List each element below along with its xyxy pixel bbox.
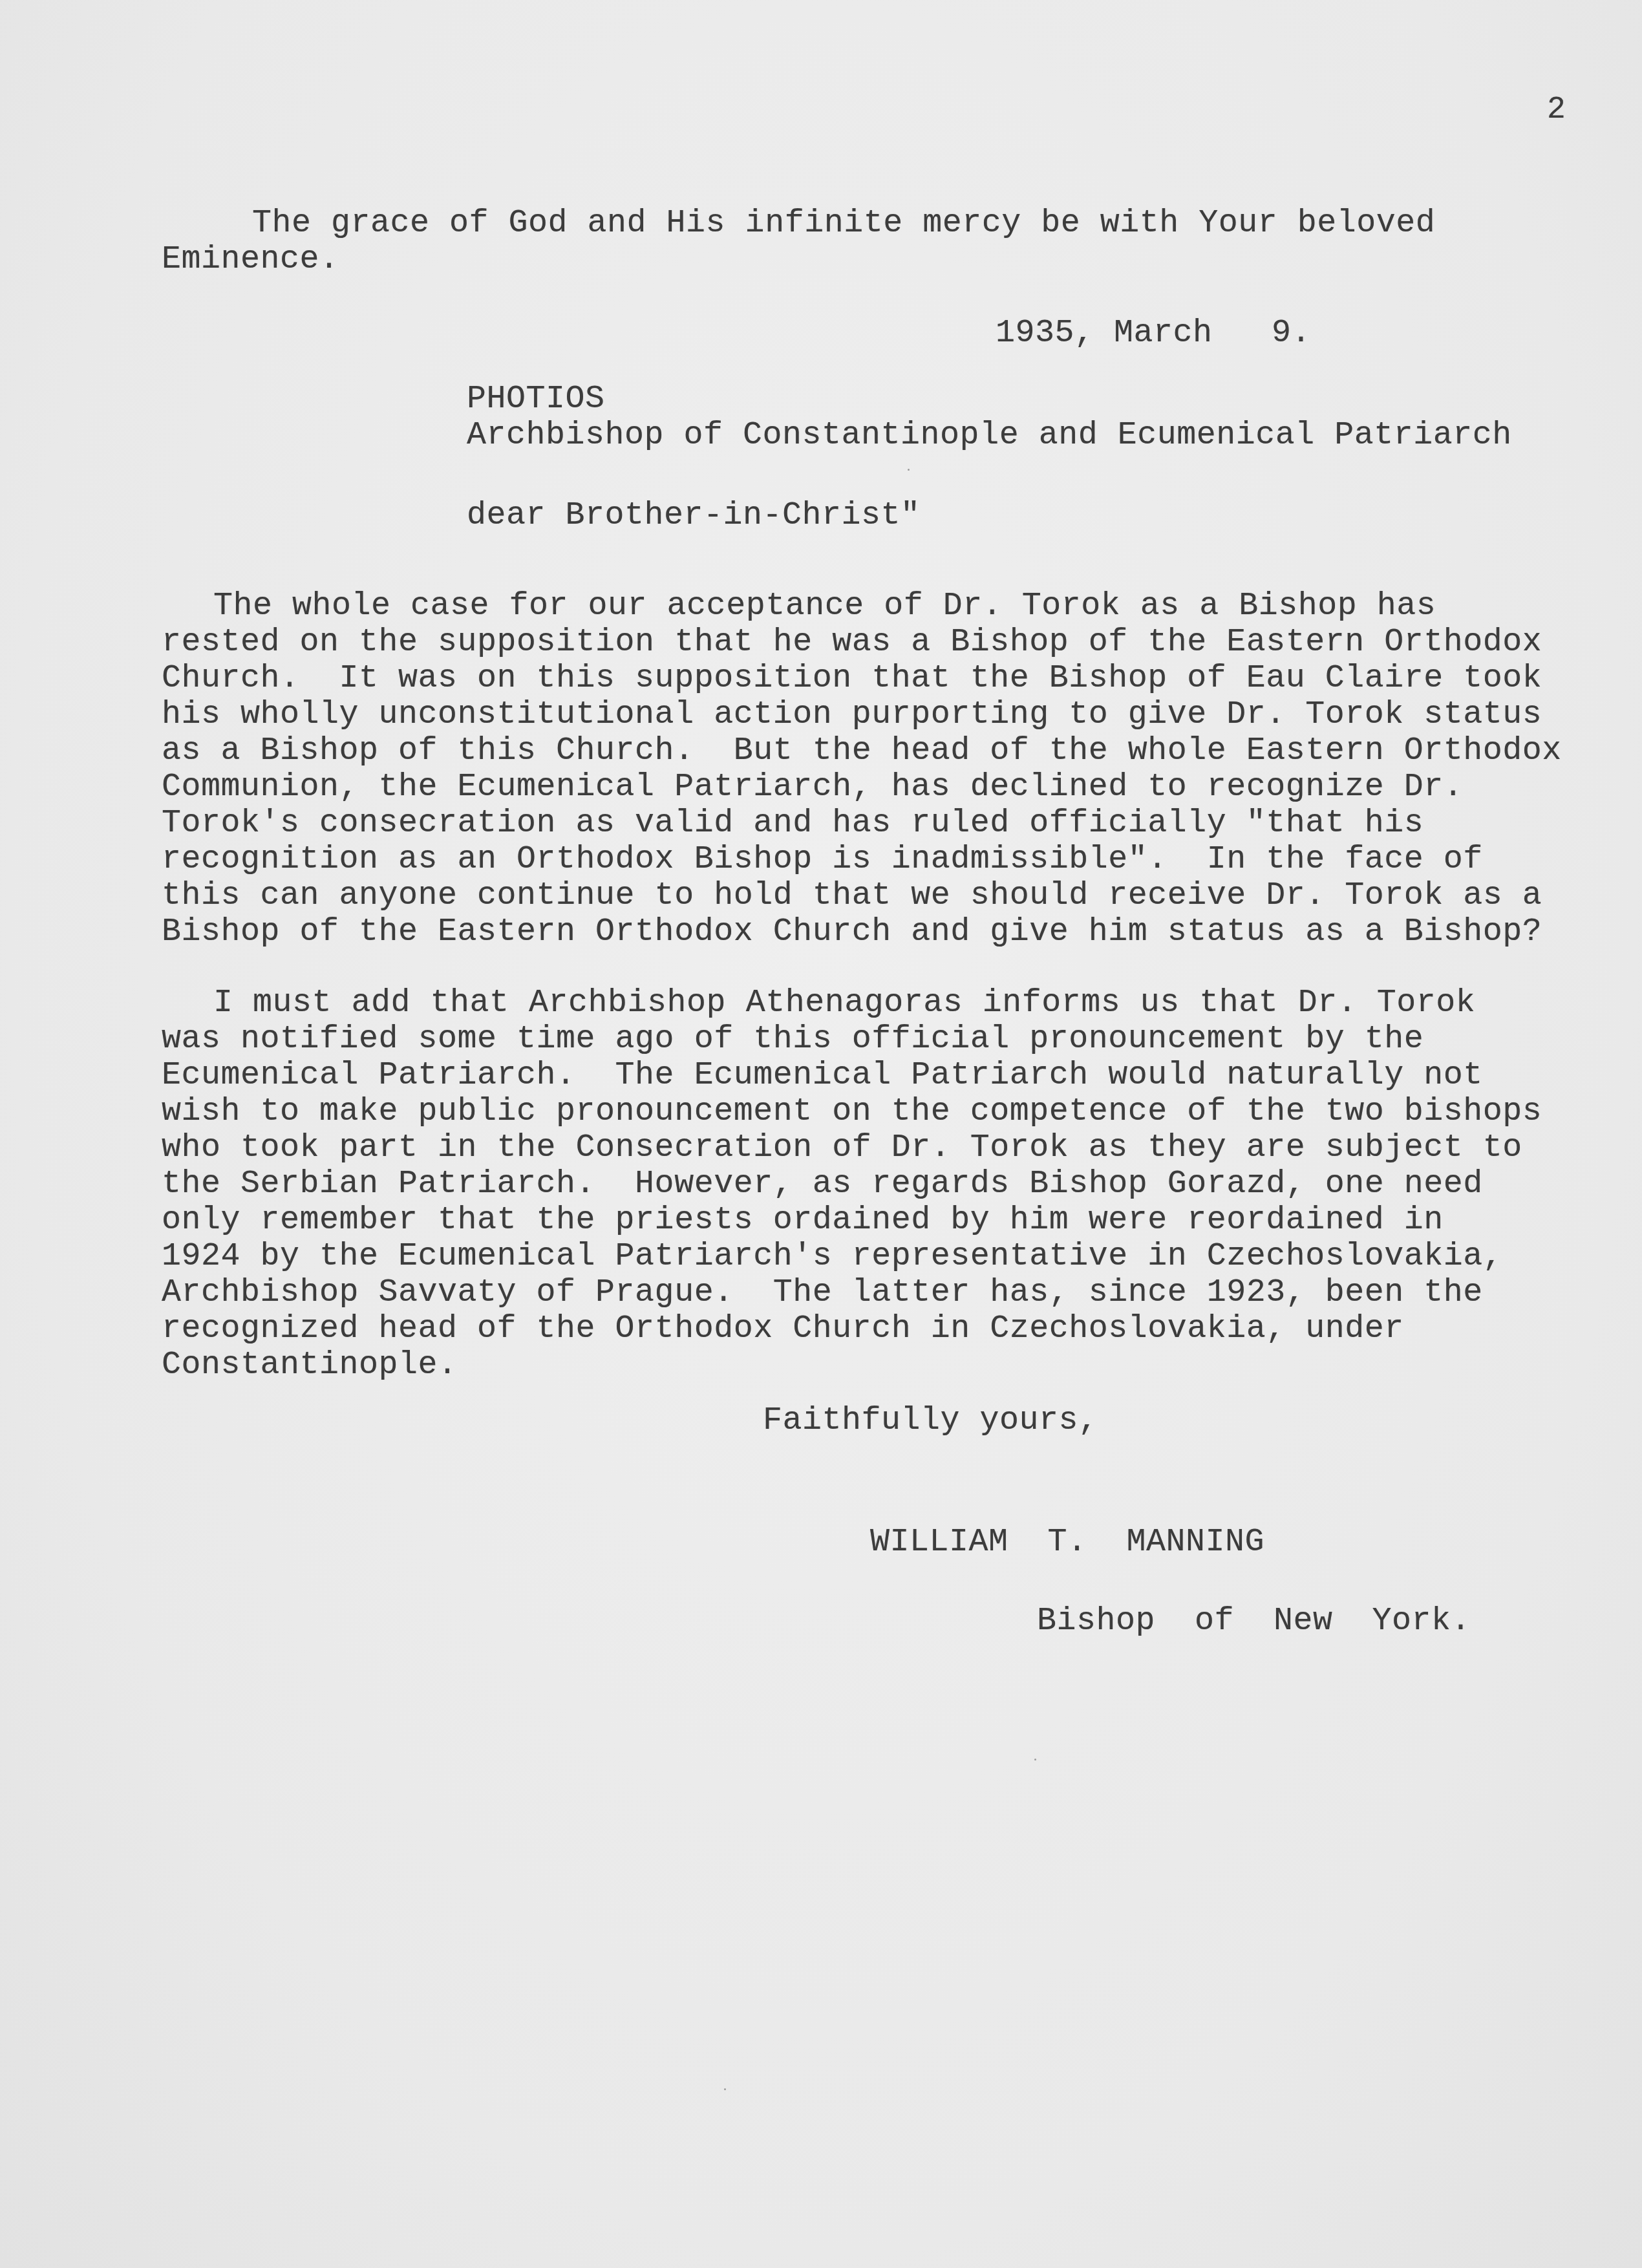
paragraph-line: Church. It was on this supposition that … [162, 661, 1542, 697]
paragraph-line: recognition as an Orthodox Bishop is ina… [162, 842, 1483, 878]
patriarch-salutation: dear Brother-in-Christ" [467, 498, 921, 534]
paragraph-line: Communion, the Ecumenical Patriarch, has… [162, 769, 1463, 806]
page-number: 2 [1547, 92, 1566, 128]
paragraph-line: rested on the supposition that he was a … [162, 625, 1542, 661]
paragraph-line: Archbishop Savvaty of Prague. The latter… [162, 1275, 1483, 1311]
patriarch-title: Archbishop of Constantinople and Ecumeni… [467, 418, 1512, 454]
paragraph-line: The whole case for our acceptance of Dr.… [213, 588, 1436, 625]
paper-speck [1034, 1759, 1036, 1760]
paragraph-line: only remember that the priests ordained … [162, 1203, 1444, 1239]
patriarch-name: PHOTIOS [467, 381, 605, 418]
paragraph-line: Torok's consecration as valid and has ru… [162, 806, 1423, 842]
paper-speck [908, 469, 910, 471]
blessing-line-2: Eminence. [162, 242, 339, 278]
paragraph-line: 1924 by the Ecumenical Patriarch's repre… [162, 1239, 1502, 1275]
paper-speck [724, 2088, 726, 2090]
paragraph-line: this can anyone continue to hold that we… [162, 878, 1542, 914]
letter-date: 1935, March 9. [996, 316, 1311, 352]
paragraph-line: I must add that Archbishop Athenagoras i… [213, 985, 1475, 1022]
document-page: 2 The grace of God and His infinite merc… [0, 0, 1642, 2268]
paragraph-line: as a Bishop of this Church. But the head… [162, 733, 1562, 769]
blessing-line-1: The grace of God and His infinite mercy … [252, 206, 1435, 242]
closing-phrase: Faithfully yours, [763, 1403, 1098, 1439]
paragraph-line: Bishop of the Eastern Orthodox Church an… [162, 914, 1542, 950]
paragraph-line: who took part in the Consecration of Dr.… [162, 1130, 1522, 1166]
paragraph-line: wish to make public pronouncement on the… [162, 1094, 1542, 1130]
author-title: Bishop of New York. [1037, 1603, 1471, 1640]
paragraph-line: Constantinople. [162, 1347, 458, 1384]
author-name: WILLIAM T. MANNING [870, 1524, 1264, 1561]
paragraph-line: the Serbian Patriarch. However, as regar… [162, 1166, 1483, 1203]
paragraph-line: was notified some time ago of this offic… [162, 1022, 1423, 1058]
paragraph-line: Ecumenical Patriarch. The Ecumenical Pat… [162, 1058, 1483, 1094]
paragraph-line: his wholly unconstitutional action purpo… [162, 697, 1542, 733]
paragraph-line: recognized head of the Orthodox Church i… [162, 1311, 1404, 1347]
